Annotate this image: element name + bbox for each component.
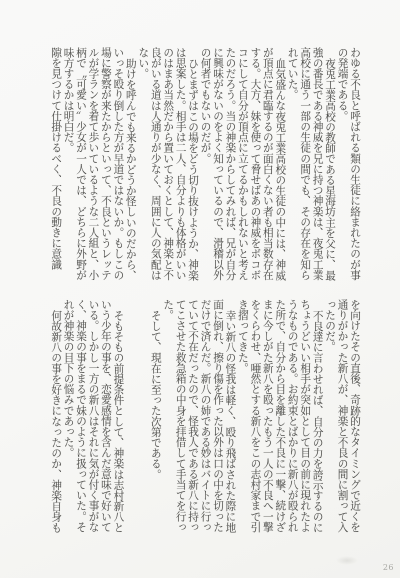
paragraph: わゆる不良と呼ばれる類の生徒に絡まれたのが事の発端である。 bbox=[336, 47, 361, 283]
page-number: 26 bbox=[383, 563, 394, 572]
paragraph: 隙を見つけて仕掛けるべく、不良の動きに意識 bbox=[50, 47, 62, 283]
paragraph: 夜兎工業高校の教師である星海坊主を父に、最強の番長である神威を兄に持つ神楽は、夜… bbox=[286, 47, 336, 283]
paragraph: を向けたその直後、奇跡的なタイミングで近くを通りがかった新八が、神楽と不良の間に… bbox=[324, 299, 361, 535]
paragraph: ひとまずはこの場をどう切り抜けようか、神楽は思案した。相手は二人、自分よりも体格… bbox=[137, 47, 199, 283]
paragraph: 不良達に言わせれば、自分の力を誇示するのにちょうどいい相手が突如として目の前に現… bbox=[236, 299, 323, 535]
text-band-top: わゆる不良と呼ばれる類の生徒に絡まれたのが事の発端である。夜兎工業高校の教師であ… bbox=[48, 47, 361, 283]
book-page: わゆる不良と呼ばれる類の生徒に絡まれたのが事の発端である。夜兎工業高校の教師であ… bbox=[0, 0, 400, 578]
paragraph: 助けを呼んでも来るかどうか怪しいのだから、いっそ殴り倒した方が早道ではないか。も… bbox=[62, 47, 137, 283]
paragraph: そもそもの前提条件として、神楽は志村新八という少年の事を、恋愛感情を含んだ意味で… bbox=[62, 299, 124, 535]
paragraph: 幸い新八の怪我は軽く、殴り飛ばされた際に地面に倒れ、擦り傷を作った以外は口の中を… bbox=[162, 299, 237, 535]
scan-smudge bbox=[336, 556, 358, 565]
paragraph: 何故新八の事を好きになったのか、神楽自身も bbox=[50, 299, 62, 535]
text-band-bottom: を向けたその直後、奇跡的なタイミングで近くを通りがかった新八が、神楽と不良の間に… bbox=[48, 299, 361, 535]
paragraph: 血気盛んな夜兎工業高校の生徒の中には、神威が頂点に君臨するのが面白くない者も相当… bbox=[199, 47, 286, 283]
paragraph: そして、現在に至った次第である。 bbox=[149, 299, 161, 535]
